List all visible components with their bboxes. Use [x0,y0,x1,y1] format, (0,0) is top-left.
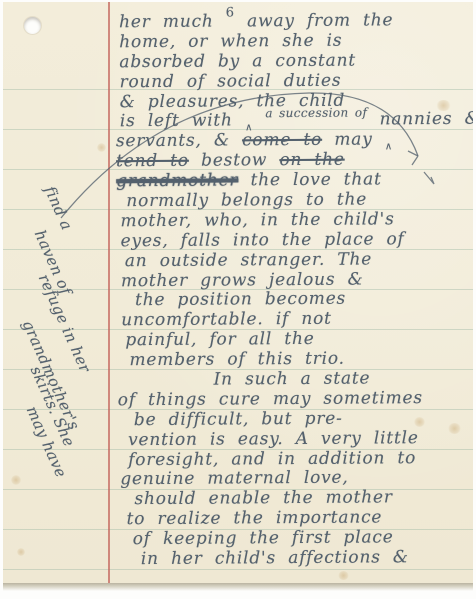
manuscript-line: normally belongs to the [126,190,472,212]
paper-stain [414,417,425,427]
manuscript-segment: to realize the importance [127,508,383,530]
manuscript-segment: nannies & [379,109,473,130]
manuscript-segment: absorbed by a constant [119,50,356,72]
manuscript-line: should enable the mother [134,488,473,510]
manuscript-line: foresight, and in addition to [128,448,473,470]
manuscript-segment: may [334,130,372,150]
manuscript-line: genuine maternal love, [120,468,473,490]
manuscript-line: is left with ∧ a succession of nannies & [120,110,472,132]
manuscript-line: tend to bestow on the [116,150,472,172]
manuscript-segment: bestow [201,150,267,170]
paper-stain [448,423,461,434]
manuscript-segment: home, or when she is [119,31,342,53]
manuscript-segment: servants, & [116,131,230,152]
manuscript-segment: her much [119,12,214,33]
manuscript-segment: mother, who, in the child's [120,209,394,231]
manuscript-segment: normally belongs to the [126,190,367,212]
manuscript-segment-pagenum: 6 [226,5,235,20]
manuscript-line: the position becomes [135,289,473,311]
manuscript-line: vention is easy. A very little [128,428,473,450]
manuscript-segment: away from the [247,10,393,31]
paper-stain [97,143,106,152]
manuscript-segment: of things cure may sometimes [118,388,423,410]
manuscript-line: of things cure may sometimes [118,389,473,411]
manuscript-line: members of this trio. [129,349,473,371]
manuscript-segment: vention is easy. A very little [128,428,419,450]
manuscript-segment: members of this trio. [129,349,344,371]
photo-frame: find ahaven ofrefuge in hergrandmother's… [0,0,476,599]
manuscript-segment: the love that [250,170,381,191]
manuscript-line: eyes, falls into the place of [121,230,473,252]
margin-note-row: find a [41,183,76,233]
manuscript-segment: should enable the mother [134,488,392,510]
manuscript-segment: is left with [120,111,233,132]
manuscript-segment: an outside stranger. The [125,249,372,271]
manuscript-segment: the position becomes [135,289,346,310]
manuscript-segment: uncomfortable. if not [121,309,332,330]
manuscript-line: round of social duties [119,70,471,92]
manuscript-line: servants, & come to may ∧ [116,130,472,152]
manuscript-segment: of keeping the first place [133,527,394,549]
manuscript-segment: in her child's affections & [141,547,409,569]
manuscript-line: of keeping the first place [133,528,473,550]
manuscript-line: her much 6 away from the [119,11,471,33]
manuscript-segment: genuine maternal love, [120,468,348,490]
manuscript-line: mother grows jealous & [121,269,473,291]
manuscript-line: painful, for all the [125,329,473,351]
punch-hole [24,17,41,34]
manuscript-paper: find ahaven ofrefuge in hergrandmother's… [3,2,473,583]
manuscript-line: in her child's affections & [141,548,473,570]
manuscript-line: absorbed by a constant [119,51,471,73]
manuscript-line: grandmother the love that [116,170,472,192]
manuscript-segment: In such a state [214,369,371,390]
manuscript-segment: painful, for all the [125,329,314,350]
paper-stain [17,548,25,556]
manuscript-line: uncomfortable. if not [121,309,473,331]
manuscript-segment: be difficult, but pre- [134,408,343,429]
manuscript-segment-strike: come to [242,130,322,151]
manuscript-line: an outside stranger. The [125,249,473,271]
manuscript-line: mother, who, in the child's [120,210,472,232]
manuscript-segment-insert: a succession of [265,106,367,121]
manuscript-segment: eyes, falls into the place of [121,229,405,251]
manuscript-segment-strike: tend to [116,151,189,172]
paper-edge-shadow [3,583,473,591]
manuscript-segment-caret: ∧ [385,142,393,153]
manuscript-line: home, or when she is [119,31,471,53]
manuscript-segment-strike: on the [279,150,344,170]
paper-stain [338,571,349,580]
paper-stain [436,100,451,111]
manuscript-line: to realize the importance [127,508,473,530]
manuscript-segment-strike-heavy: grandmother [116,171,238,192]
manuscript-segment: foresight, and in addition to [128,448,416,470]
manuscript-line: In such a state [214,369,473,391]
manuscript-segment-caret: ∧ [245,123,253,134]
manuscript-segment: mother grows jealous & [121,269,364,291]
manuscript-text: her much 6 away from the home, or when s… [115,11,473,570]
paper-stain [11,475,21,485]
manuscript-segment: round of social duties [119,70,341,92]
